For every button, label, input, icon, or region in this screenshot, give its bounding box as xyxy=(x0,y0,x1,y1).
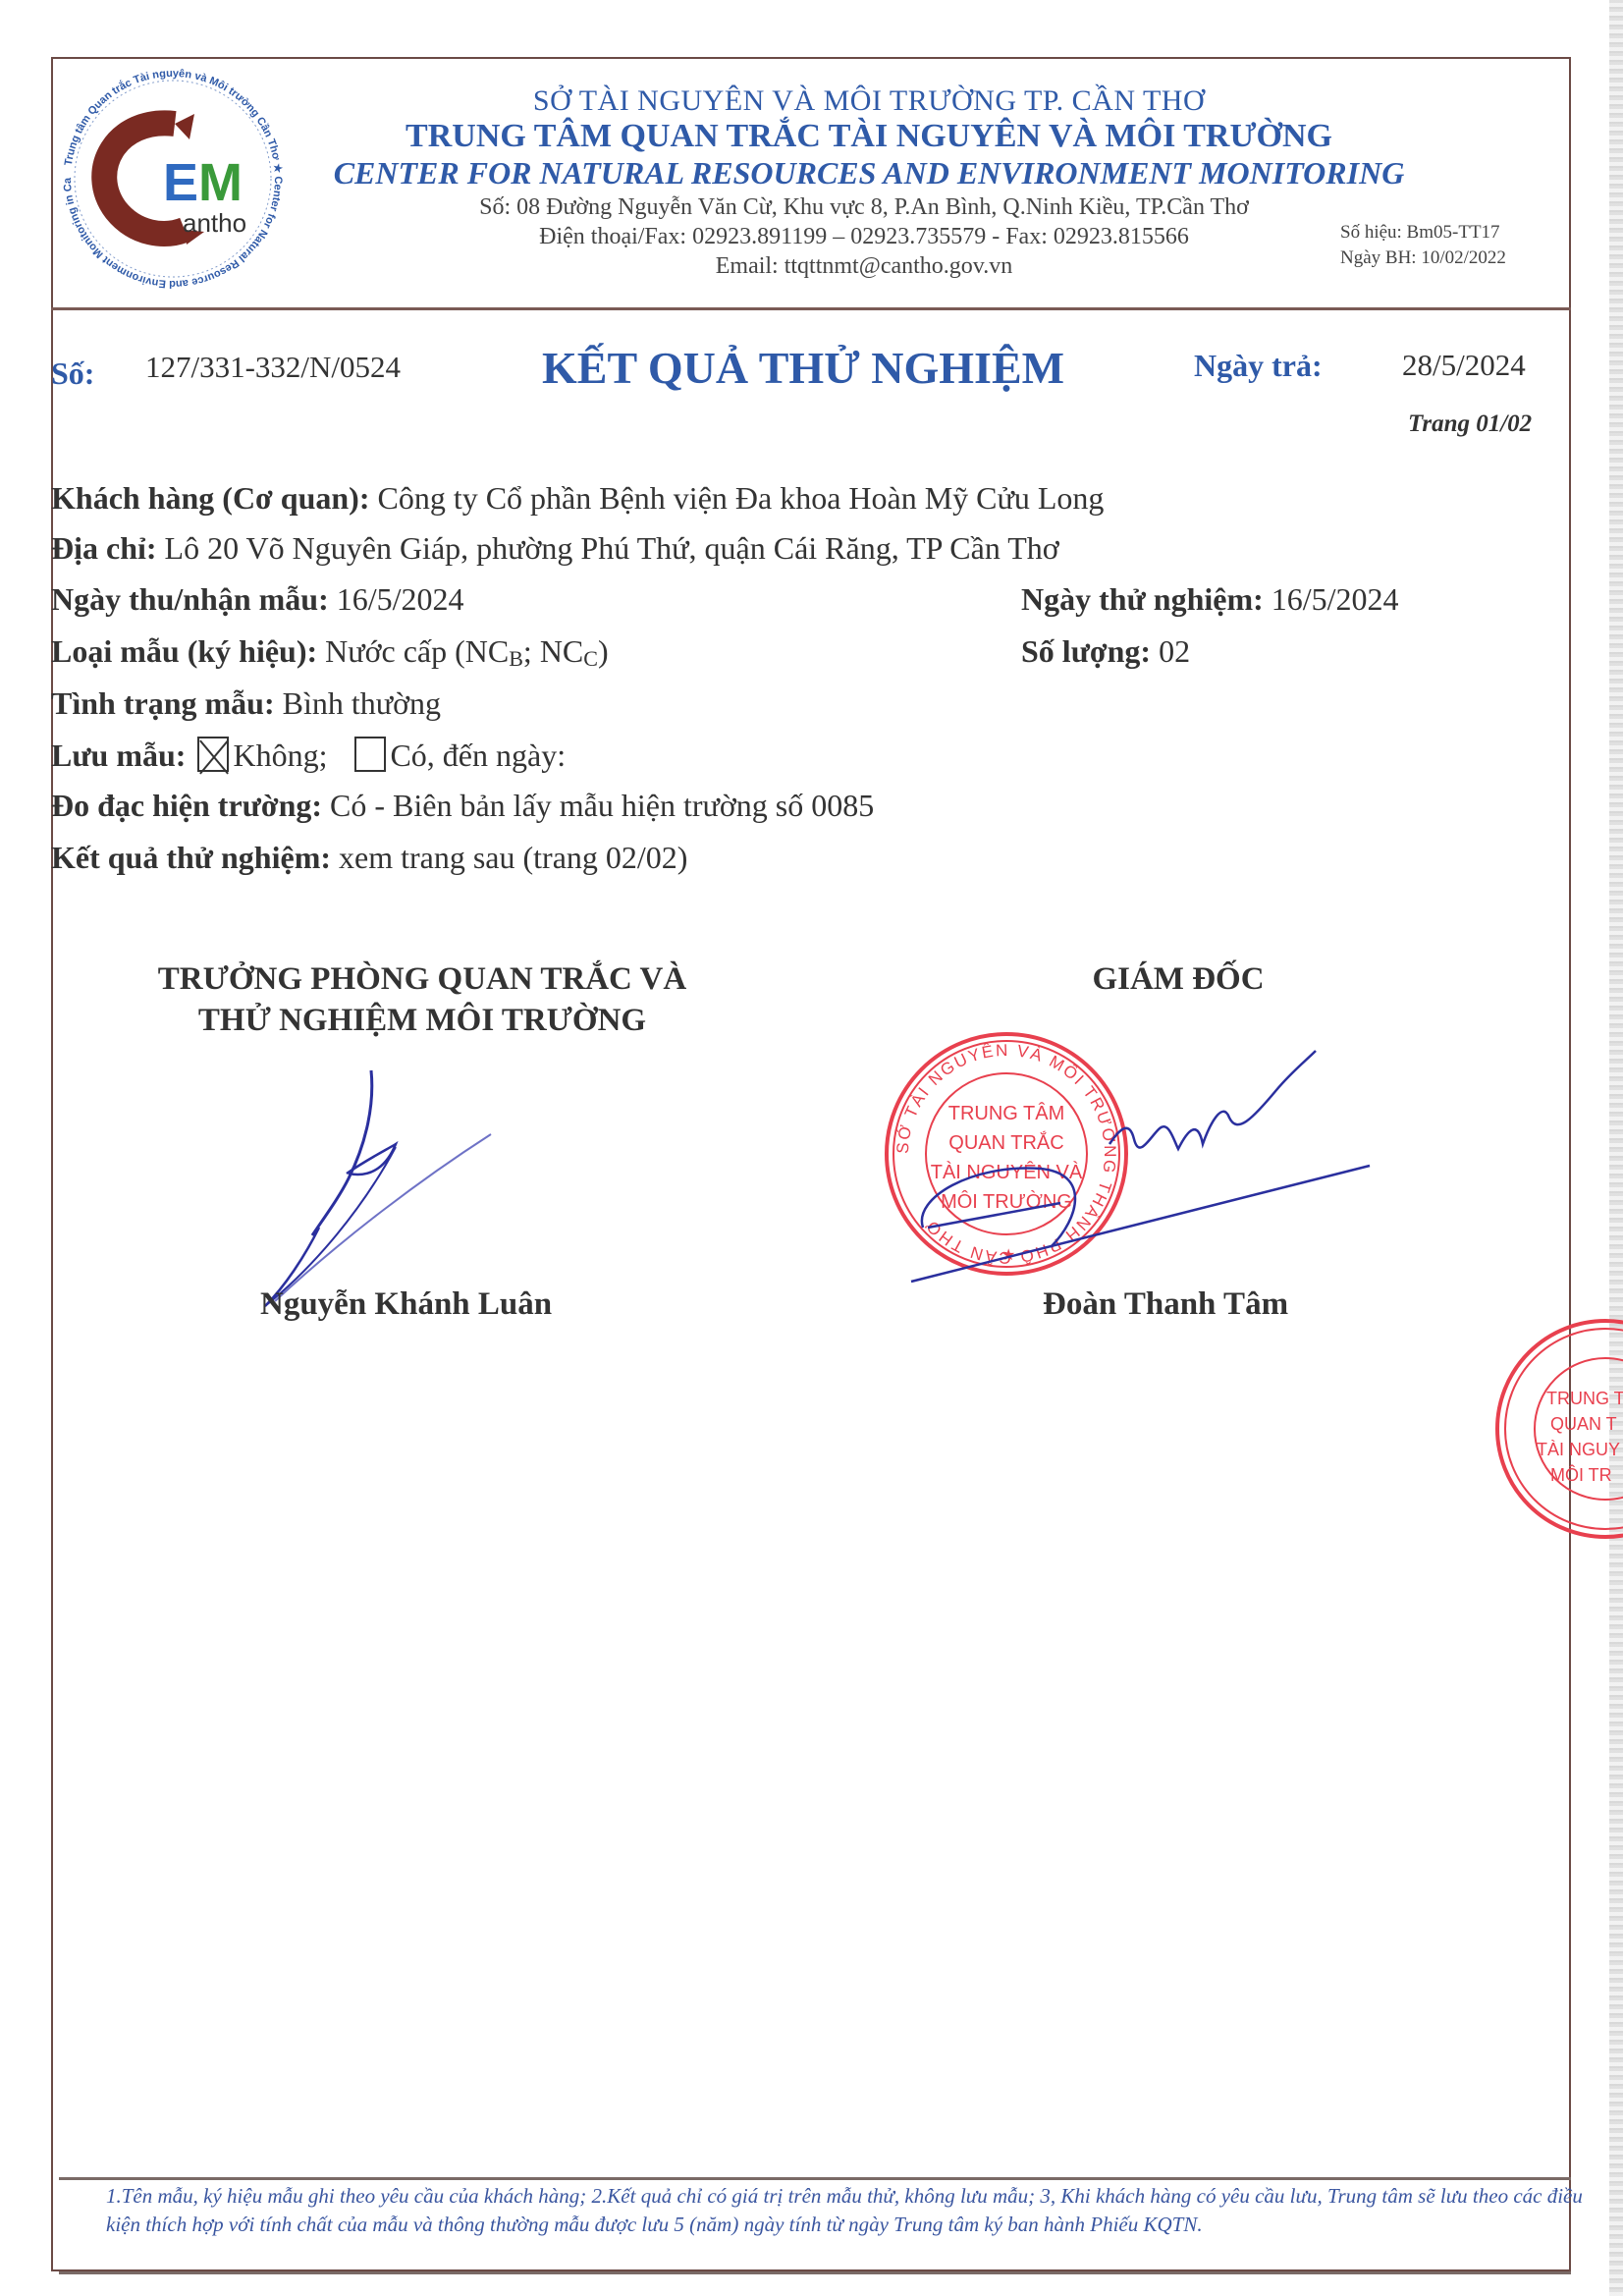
footer-note: 1.Tên mẫu, ký hiệu mẫu ghi theo yêu cầu … xyxy=(106,2182,1589,2239)
footer-divider-top xyxy=(59,2177,1571,2180)
side-stamp-icon: TRUNG T QUAN T TÀI NGUY MÔI TR xyxy=(1488,1306,1623,1552)
left-signatory-name: Nguyễn Khánh Luân xyxy=(260,1286,552,1323)
svg-text:QUAN T: QUAN T xyxy=(1550,1414,1617,1434)
svg-text:TRUNG T: TRUNG T xyxy=(1546,1389,1623,1408)
svg-text:TÀI NGUY: TÀI NGUY xyxy=(1537,1440,1620,1459)
footer-divider-bottom xyxy=(59,2271,1571,2274)
right-signature-icon xyxy=(0,0,1623,2296)
svg-text:MÔI TR: MÔI TR xyxy=(1550,1464,1612,1485)
right-signatory-name: Đoàn Thanh Tâm xyxy=(1043,1286,1288,1323)
